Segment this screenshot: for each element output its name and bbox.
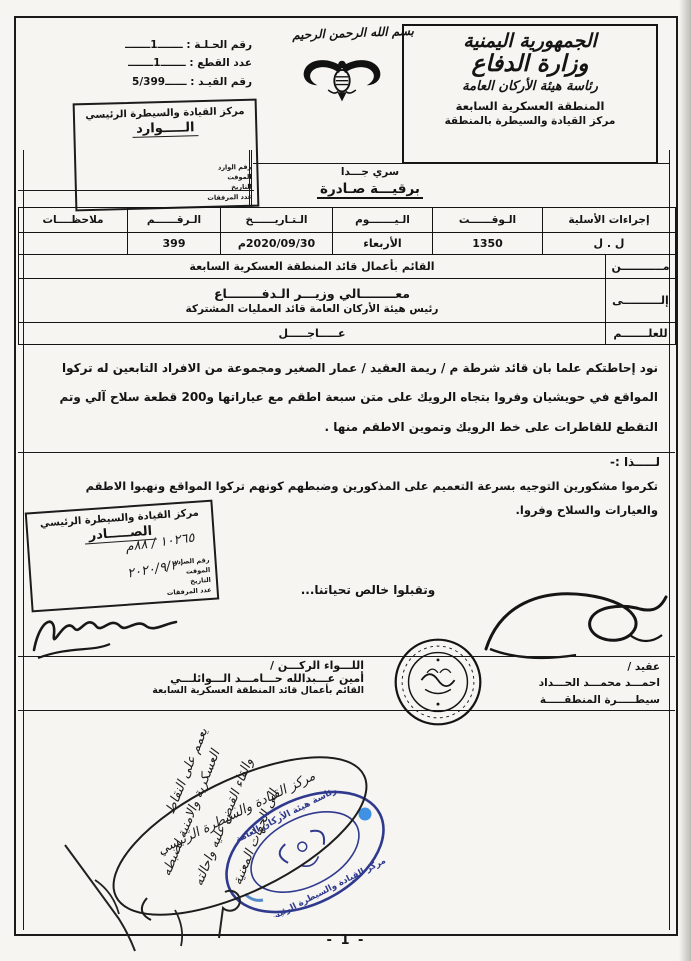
controller-rank: عقيد / <box>470 659 660 675</box>
body-paragraph-1: نود إحاطتكم علما بان قائد شرطة م / ريمة … <box>30 354 658 442</box>
incoming-stamp-fields: رقم الوارد الموقت التاريخ عدد المرفقات <box>206 162 252 203</box>
ministry-name: وزارة الدفاع <box>404 53 656 76</box>
copy-number-line: رقم الحـلـة : ـــــــ1ـــــــ <box>40 36 252 54</box>
classification-block: سري جـــدا برقيـــة صـادرة <box>285 166 455 199</box>
copy-number-value: ـــــــ1ـــــــ <box>125 39 183 51</box>
controller-title: سيطـــــرة المنطقـــــة <box>470 692 660 708</box>
to-minister: معــــــــالي وزيـــر الـدفــــــــاع <box>21 285 603 303</box>
outgoing-attachments-label: عدد المرفقات <box>167 585 212 598</box>
telegram-data-table: إجراءات الأسلية الـوقــــــت الـيـــــــ… <box>18 207 676 255</box>
col-day: الـيـــــــوم <box>333 208 433 233</box>
signature-bottom-line <box>18 710 675 711</box>
notes-value <box>19 233 128 255</box>
col-time: الـوقــــــت <box>433 208 543 233</box>
country-name: الجمهورية اليمنية <box>404 31 656 52</box>
commander-signature-block: اللـــواء الركـــن / أمين عـــبدالله حــ… <box>148 659 400 696</box>
from-value: القائم بأعمال قائد المنطقة العسكرية السا… <box>19 255 606 279</box>
info-value: عـــــاجـــــل <box>19 323 606 345</box>
to-label: إلــــــــــى <box>606 279 676 323</box>
record-line: رقم القيـد : ــــــ5/399 <box>40 73 252 91</box>
round-unit-stamp <box>392 636 484 728</box>
info-label: للعلـــــــم <box>606 323 676 345</box>
pieces-label: عدد القطع : <box>189 57 252 69</box>
therefore-heading: لـــــذا :- <box>430 455 670 469</box>
closing-salutation: وتقبلوا خالص تحياتنا... <box>262 583 474 597</box>
general-staff: رئاسة هيئة الأركان العامة <box>404 79 656 94</box>
letterhead-box: الجمهورية اليمنية وزارة الدفاع رئاسة هيئ… <box>402 24 658 164</box>
signature-top-line <box>18 656 675 657</box>
from-label: مـــــــــــن <box>606 255 676 279</box>
date-value: 2020/09/30م <box>221 233 333 255</box>
controller-name: احمـــد محمـــد الحـــداد <box>470 675 660 691</box>
strip-top-line <box>253 163 669 164</box>
pieces-line: عدد القطع : ـــــــ1ـــــــ <box>40 54 252 72</box>
day-value: الأربعاء <box>333 233 433 255</box>
secrecy-level: سري جـــدا <box>285 166 455 178</box>
commander-name: أمين عـــبدالله حـــامـــد الـــوائلـــي <box>148 672 364 685</box>
yemen-eagle-emblem-icon <box>296 56 388 110</box>
to-value: معــــــــالي وزيـــر الـدفــــــــاع رئ… <box>19 279 606 323</box>
bottom-ink-squiggles <box>55 840 245 955</box>
col-procedures: إجراءات الأسلية <box>543 208 676 233</box>
table-header-row: إجراءات الأسلية الـوقــــــت الـيـــــــ… <box>19 208 676 233</box>
to-row: إلــــــــــى معــــــــالي وزيـــر الـد… <box>19 279 676 323</box>
from-row: مـــــــــــن القائم بأعمال قائد المنطقة… <box>19 255 676 279</box>
military-region: المنطقة العسكرية السابعة <box>404 99 656 113</box>
to-chief-of-staff: رئيس هيئة الأركان العامة قائد العمليات ا… <box>21 303 603 316</box>
table-value-row: ل . ل 1350 الأربعاء 2020/09/30م 399 <box>19 233 676 255</box>
message-type: برقيـــة صـادرة <box>317 181 423 199</box>
controller-signature-block: عقيد / احمـــد محمـــد الحـــداد سيطــــ… <box>470 659 668 708</box>
record-label: رقم القيـد : <box>190 76 252 88</box>
col-date: الـتـاريــــــخ <box>221 208 333 233</box>
number-value: 399 <box>128 233 221 255</box>
copy-number-label: رقم الحـلـة : <box>186 39 252 51</box>
body-divider-line <box>18 452 675 453</box>
routing-table: مـــــــــــن القائم بأعمال قائد المنطقة… <box>18 254 676 345</box>
registry-block: رقم الحـلـة : ـــــــ1ـــــــ عدد القطع … <box>40 36 252 91</box>
record-value: ــــــ5/399 <box>132 76 187 88</box>
page-number: - 1 - <box>300 933 392 948</box>
incoming-stamp: مركز القيادة والسيطرة الرئيسي الـــــوار… <box>73 99 260 212</box>
outgoing-stamp: مركز القيادة والسيطرة الرئيسي الصـــــاد… <box>25 500 220 613</box>
scan-edge-shade <box>679 0 691 961</box>
telegram-document: رقم الحـلـة : ـــــــ1ـــــــ عدد القطع … <box>0 0 691 961</box>
col-number: الـرقــــــم <box>128 208 221 233</box>
col-notes: ملاحظــــات <box>19 208 128 233</box>
incoming-attachments-label: عدد المرفقات <box>207 192 252 203</box>
info-row: للعلـــــــم عـــــاجـــــل <box>19 323 676 345</box>
time-value: 1350 <box>433 233 543 255</box>
right-signature-scribble <box>480 585 670 665</box>
commander-title: القائم بأعمال قائد المنطقة العسكرية السا… <box>148 685 364 696</box>
strip-double-line <box>249 150 252 208</box>
pieces-value: ـــــــ1ـــــــ <box>128 57 186 69</box>
commander-rank: اللـــواء الركـــن / <box>148 659 364 672</box>
incoming-stamp-subtitle: الـــــوارد <box>75 119 255 139</box>
command-center: مركز القيادة والسيطرة بالمنطقة <box>404 115 656 127</box>
procedures-value: ل . ل <box>543 233 676 255</box>
